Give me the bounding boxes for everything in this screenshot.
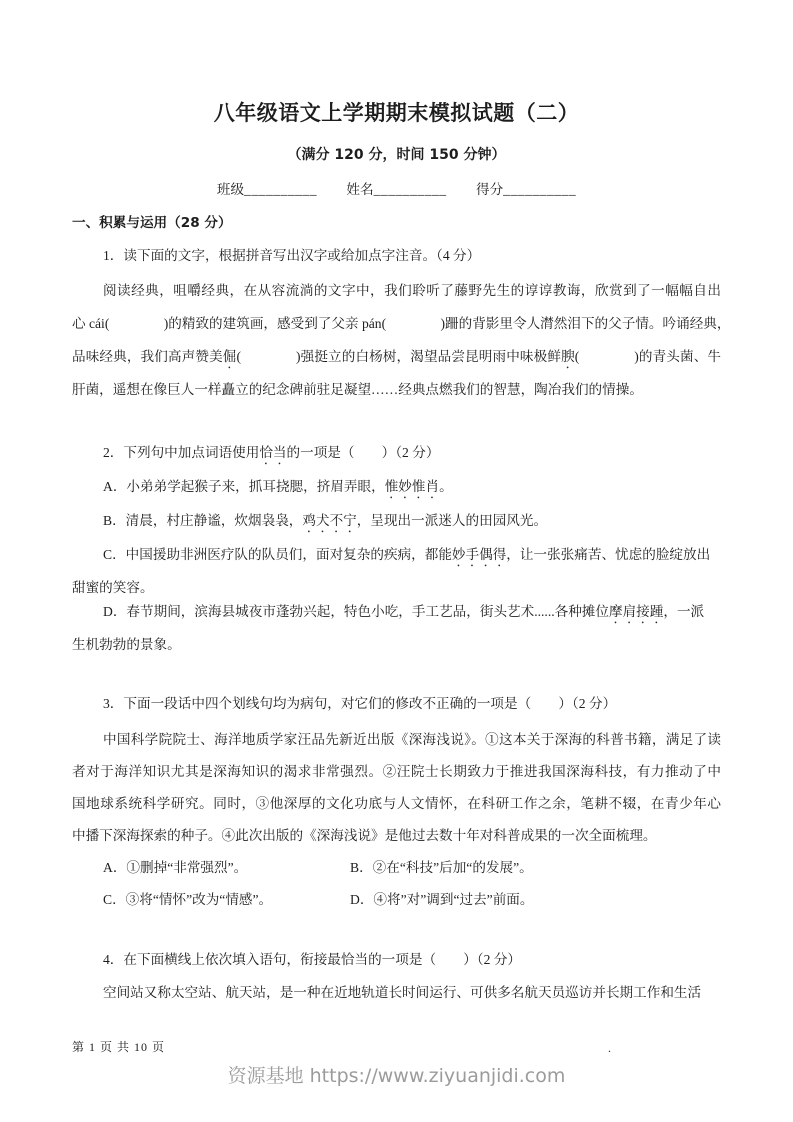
- text-segment: ，呈现出一派迷人的田园风光。: [357, 513, 547, 528]
- q2-option-a: A．小弟弟学起猴子来，抓耳挠腮，挤眉弄眼，惟妙惟肖。: [72, 477, 721, 502]
- name-blank-line: __________: [374, 182, 447, 197]
- dotted-char-jue: 倔: [223, 349, 237, 364]
- exam-document-page: 八年级语文上学期期末模拟试题（二） （满分 120 分，时间 150 分钟） 班…: [0, 0, 793, 1122]
- dotted-idiom-mojianjiezhong: 摩肩接踵: [609, 604, 663, 619]
- text-segment: ( )强挺立的白杨树，渴望品尝昆明雨中味极鲜: [237, 349, 562, 364]
- q1-para-line-4: 肝菌，遥想在像巨人一样矗立的纪念碑前驻足凝望……经典点燃我们的智慧，陶冶我们的情…: [72, 380, 721, 400]
- text-segment: B．清晨，村庄静谧，炊烟袅袅，: [103, 513, 302, 528]
- q1-stem: 1．读下面的文字，根据拼音写出汉字或给加点字注音。（4 分）: [72, 246, 721, 266]
- dotted-char-yu: 腴: [561, 349, 575, 364]
- q4-stem: 4．在下面横线上依次填入语句，衔接最恰当的一项是（ ）（2 分）: [72, 950, 721, 970]
- q4-para-line-1: 空间站又称太空站、航天站，是一种在近地轨道长时间运行、可供多名航天员巡访并长期工…: [72, 983, 721, 1003]
- dotted-word-qiadang: 恰当: [259, 445, 286, 460]
- text-segment: ，让一张张痛苦、忧虑的脸绽放出: [506, 547, 710, 562]
- class-blank-line: __________: [244, 182, 317, 197]
- text-segment: C．中国援助非洲医疗队的队员们，面对复杂的疾病，都能: [103, 547, 452, 562]
- text-segment: A．小弟弟学起猴子来，抓耳挠腮，挤眉弄眼，: [103, 479, 385, 494]
- q3-options-row-2: C．③将“情怀”改为“情感”。 D．④将”对”调到“过去”前面。: [72, 890, 721, 910]
- q2-stem: 2．下列句中加点词语使用恰当的一项是（ ）（2 分）: [72, 443, 721, 468]
- q3-para-line-4: 中播下深海探索的种子。④此次出版的《深海浅说》是他过去数十年对科普成果的一次全面…: [72, 826, 721, 846]
- q2-option-b: B．清晨，村庄静谧，炊烟袅袅，鸡犬不宁，呈现出一派迷人的田园风光。: [72, 511, 721, 536]
- doc-subtitle: （满分 120 分，时间 150 分钟）: [0, 146, 793, 164]
- q1-para-line-2: 心 cái( )的精致的建筑画，感受到了父亲 pán( )跚的背影里令人潸然泪下…: [72, 314, 721, 334]
- dotted-idiom-weimiaoweixiao: 惟妙惟肖: [385, 479, 439, 494]
- q3-option-d: D．④将”对”调到“过去”前面。: [350, 890, 533, 910]
- doc-title: 八年级语文上学期期末模拟试题（二）: [0, 100, 793, 126]
- q2-option-c: C．中国援助非洲医疗队的队员们，面对复杂的疾病，都能妙手偶得，让一张张痛苦、忧虑…: [72, 545, 721, 570]
- text-segment: ，一派: [663, 604, 704, 619]
- text-segment: 2．下列句中加点词语使用: [103, 445, 259, 460]
- q2-option-d: D．春节期间，滨海县城夜市蓬勃兴起，特色小吃，手工艺品，街头艺术......各种…: [72, 602, 721, 627]
- text-segment: 品味经典，我们高声赞美: [72, 349, 223, 364]
- dotted-idiom-jiquanbuning: 鸡犬不宁: [302, 513, 356, 528]
- student-info-line: 班级__________ 姓名__________ 得分__________: [0, 181, 793, 199]
- q3-para-line-1: 中国科学院院士、海洋地质学家汪品先新近出版《深海浅说》。①这本关于深海的科普书籍…: [72, 730, 721, 750]
- text-segment: 的一项是（ ）（2 分）: [287, 445, 440, 460]
- q3-para-line-3: 国地球系统科学研究。同时，③他深厚的文化功底与人文情怀，在科研工作之余，笔耕不辍…: [72, 794, 721, 814]
- q3-option-c: C．③将“情怀”改为“情感”。: [103, 890, 272, 910]
- text-segment: D．春节期间，滨海县城夜市蓬勃兴起，特色小吃，手工艺品，街头艺术......各种…: [103, 604, 609, 619]
- q2-option-c-continuation: 甜蜜的笑容。: [72, 578, 721, 598]
- score-blank-line: __________: [503, 182, 576, 197]
- q3-option-a: A．①删掉“非常强烈”。: [103, 858, 247, 878]
- class-label: 班级: [217, 182, 244, 197]
- stray-period-mark: .: [608, 1042, 611, 1054]
- page-number: 第 1 页 共 10 页: [72, 1040, 165, 1054]
- watermark-site-link[interactable]: 资源基地 https://www.ziyuanjidi.com: [0, 1063, 793, 1089]
- q1-para-line-3: 品味经典，我们高声赞美倔( )强挺立的白杨树，渴望品尝昆明雨中味极鲜腴( )的青…: [72, 347, 721, 372]
- q3-options-row-1: A．①删掉“非常强烈”。 B．②在“科技”后加“的发展”。: [72, 858, 721, 878]
- q3-stem: 3．下面一段话中四个划线句均为病句，对它们的修改不正确的一项是（ ）（2 分）: [72, 694, 721, 714]
- q2-option-d-continuation: 生机勃勃的景象。: [72, 635, 721, 655]
- name-label: 姓名: [346, 182, 373, 197]
- section-1-heading: 一、积累与运用（28 分）: [72, 213, 721, 233]
- q3-option-b: B．②在“科技”后加“的发展”。: [350, 858, 533, 878]
- q1-para-line-1: 阅读经典，咀嚼经典，在从容流淌的文字中，我们聆听了藤野先生的谆谆教诲，欣赏到了一…: [72, 281, 721, 301]
- score-label: 得分: [476, 182, 503, 197]
- text-segment: ( )的青头菌、牛: [575, 349, 721, 364]
- q3-para-line-2: 者对于海洋知识尤其是深海知识的渴求非常强烈。②汪院士长期致力于推进我国深海科技，…: [72, 762, 721, 782]
- dotted-idiom-miaoshououde: 妙手偶得: [452, 547, 506, 562]
- text-segment: 。: [439, 479, 453, 494]
